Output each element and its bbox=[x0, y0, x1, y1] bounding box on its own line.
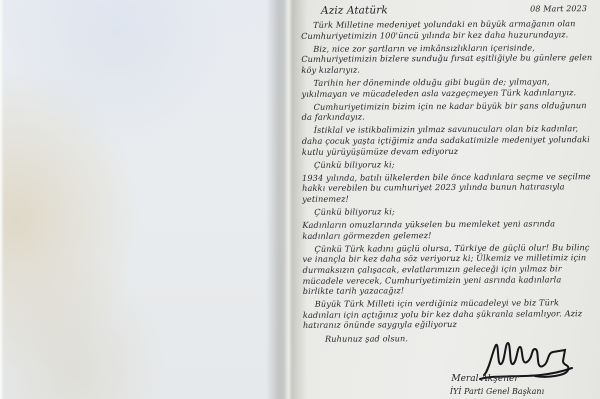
left-blank-page bbox=[0, 0, 292, 399]
letter-paragraph: Büyük Türk Milleti için verdiğiniz mücad… bbox=[303, 297, 595, 331]
letter-paragraph: 1934 yılında, batılı ülkelerden bile önc… bbox=[302, 171, 594, 205]
letter-paragraph: Çünkü biliyoruz ki; bbox=[302, 205, 594, 217]
letter-date: 08 Mart 2023 bbox=[530, 4, 587, 15]
letter-header: Aziz Atatürk 08 Mart 2023 bbox=[303, 3, 591, 17]
letter-paragraph: Tarihin her döneminde olduğu gibi bugün … bbox=[301, 76, 593, 99]
signature-block: Meral Akşener İYİ Parti Genel Başkanı bbox=[412, 341, 582, 397]
letter-paragraph: Cumhuriyetimizin bizim için ne kadar büy… bbox=[302, 100, 594, 123]
letter-body: Aziz Atatürk 08 Mart 2023 Türk Milletine… bbox=[301, 1, 595, 346]
right-letter-page: Aziz Atatürk 08 Mart 2023 Türk Milletine… bbox=[292, 0, 600, 399]
left-page-edge-highlight bbox=[0, 0, 4, 399]
letter-paragraph: Biz, nice zor şartların ve imkânsızlıkla… bbox=[301, 42, 593, 76]
letter-paragraph: Türk Milletine medeniyet yolundaki en bü… bbox=[301, 18, 593, 41]
photo-of-handwritten-letter: Aziz Atatürk 08 Mart 2023 Türk Milletine… bbox=[0, 0, 600, 399]
salutation: Aziz Atatürk bbox=[321, 4, 388, 16]
signature-name: Meral Akşener bbox=[412, 374, 558, 384]
letter-paragraph: Kadınların omuzlarında yükselen bu memle… bbox=[302, 218, 594, 241]
signature-title: İYİ Parti Genel Başkanı bbox=[412, 387, 582, 396]
letter-paragraph: İstiklal ve istikbalimizin yılmaz savunu… bbox=[302, 123, 594, 157]
letter-paragraph: Çünkü biliyoruz ki; bbox=[302, 158, 594, 170]
letter-paragraph: Çünkü Türk kadını güçlü olursa, Türkiye … bbox=[302, 242, 594, 297]
